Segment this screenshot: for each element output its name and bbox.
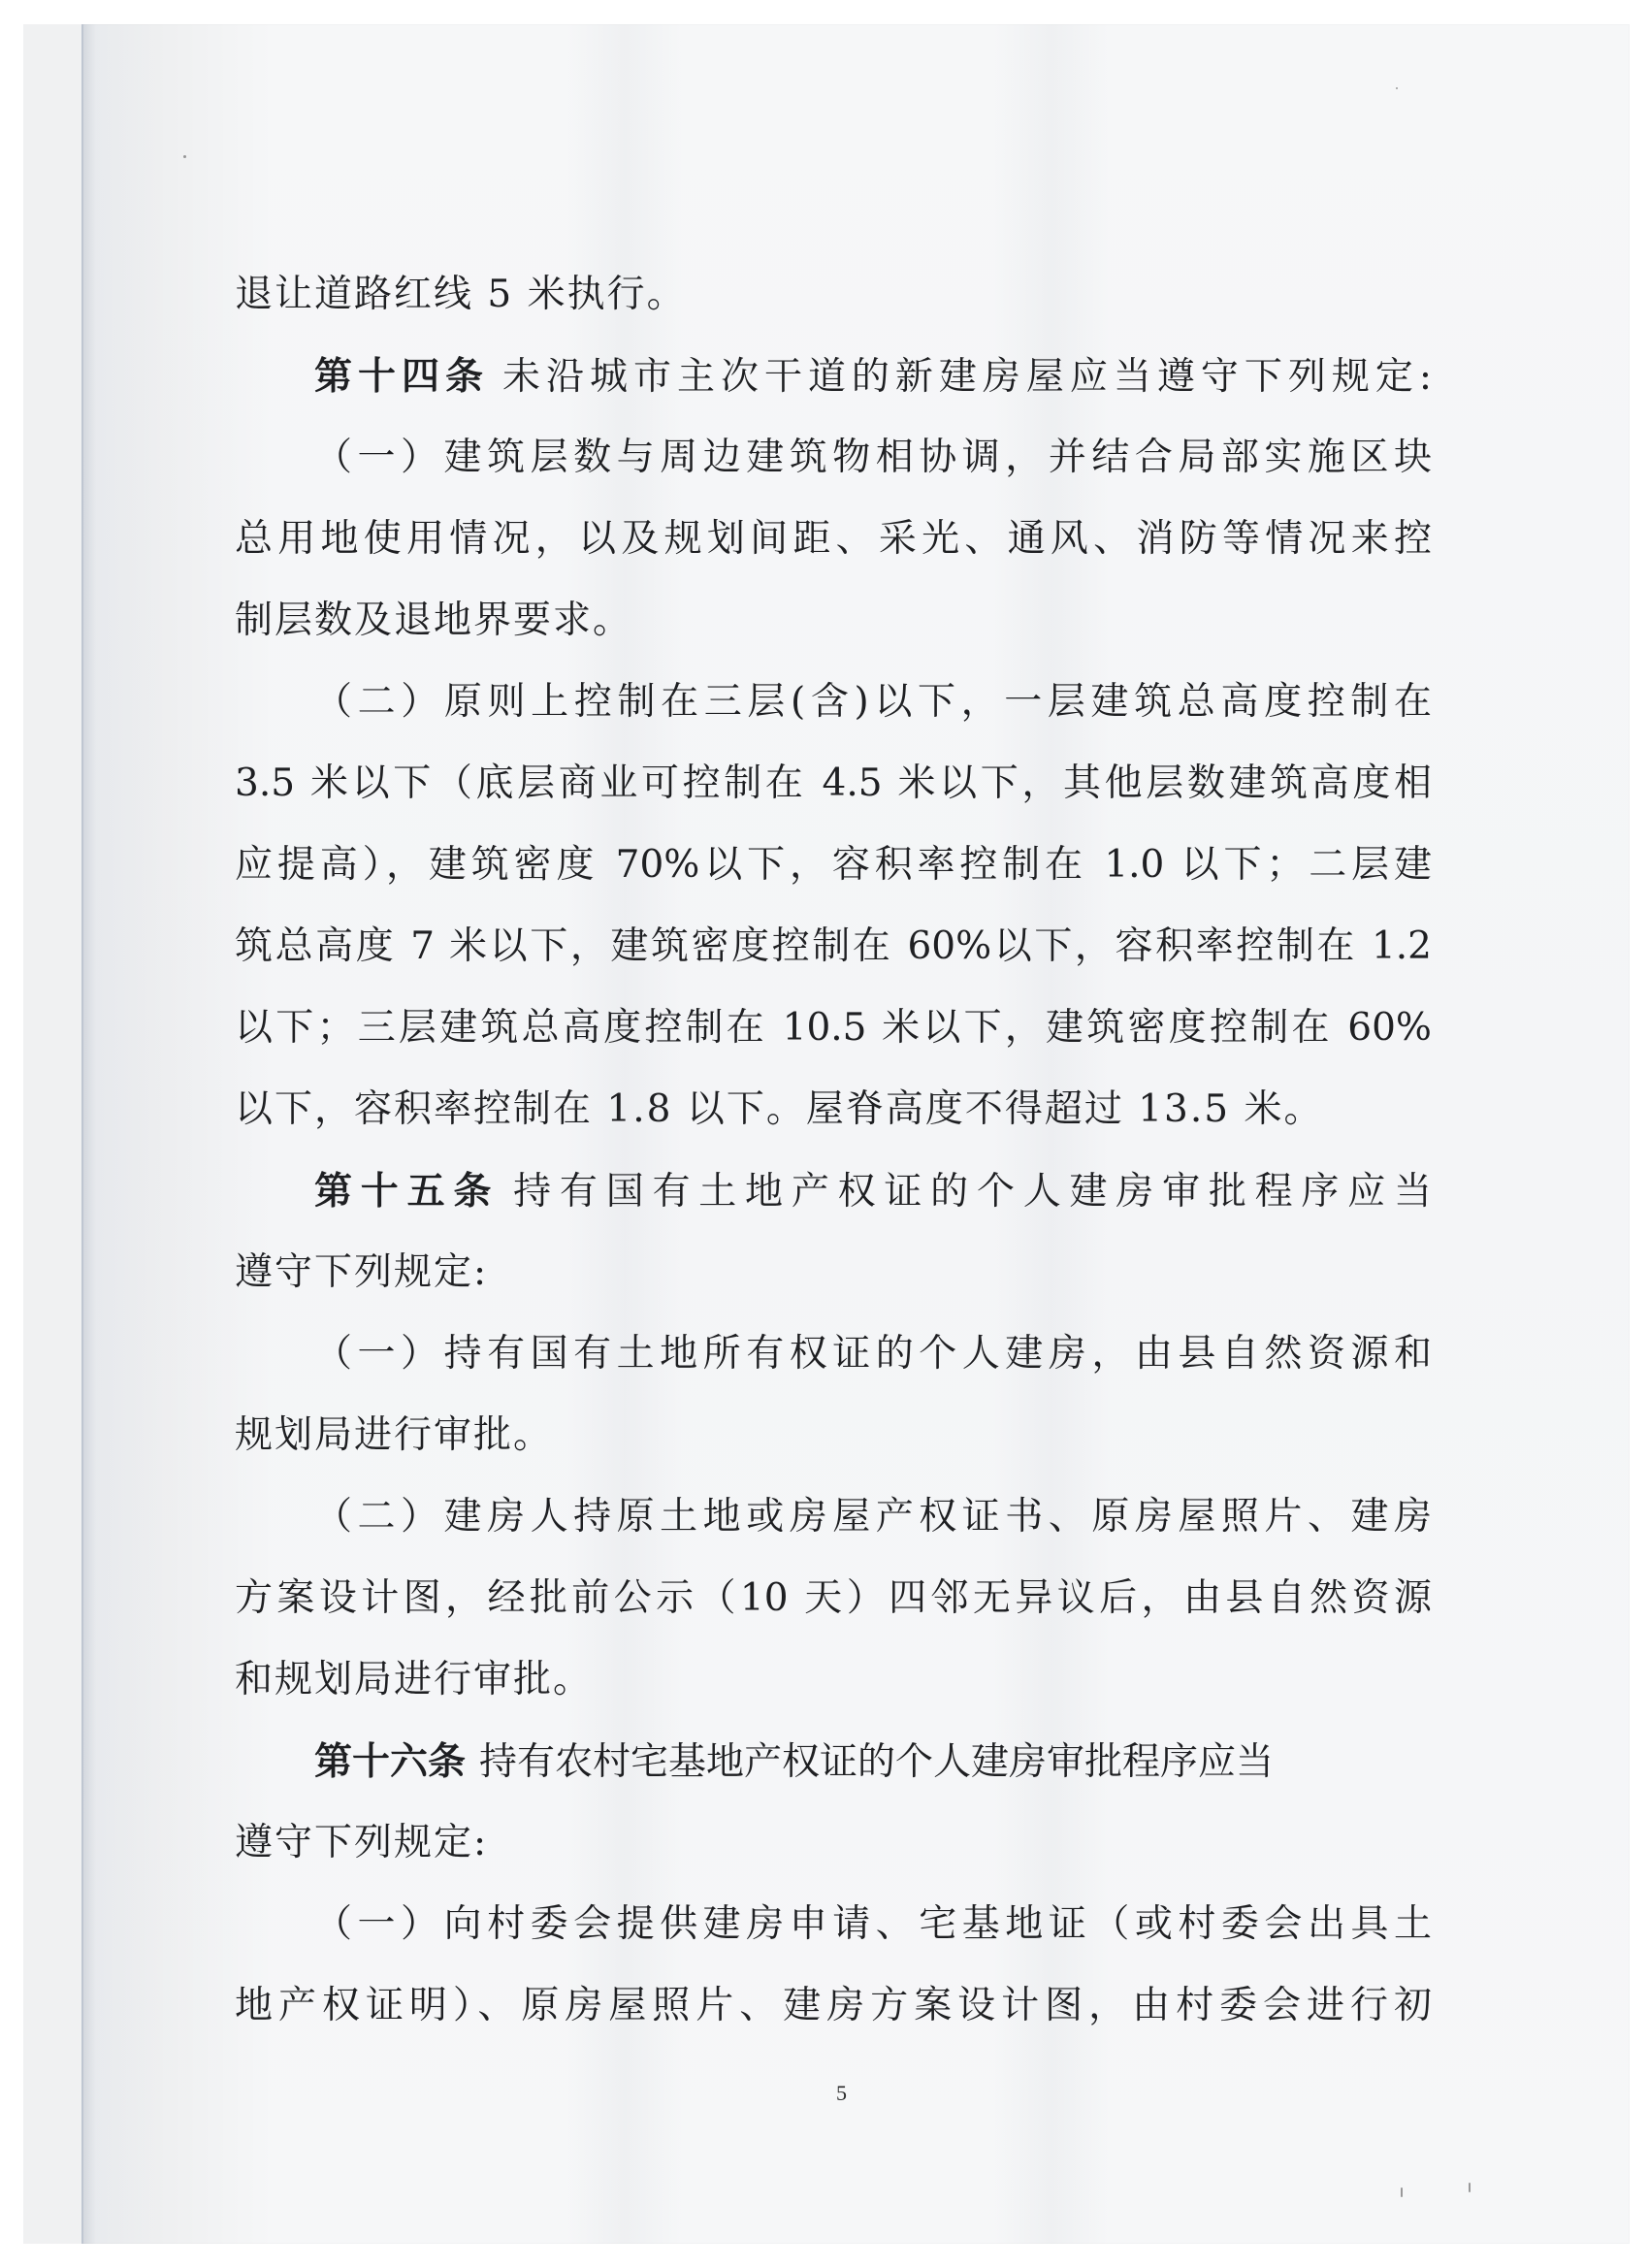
text-line: （一）向村委会提供建房申请、宅基地证（或村委会出具土 — [235, 1884, 1432, 1965]
page-number: 5 — [836, 2081, 847, 2106]
text-line: 以下，容积率控制在 1.8 以下。屋脊高度不得超过 13.5 米。 — [235, 1069, 1432, 1150]
text-line: （一）持有国有土地所有权证的个人建房，由县自然资源和 — [235, 1313, 1432, 1395]
document-body: 退让道路红线 5 米执行。第十四条未沿城市主次干道的新建房屋应当遵守下列规定:（… — [235, 254, 1432, 2047]
line-text: 应提高），建筑密度 70%以下，容积率控制在 1.0 以下；二层建 — [235, 843, 1432, 887]
line-text: （二）建房人持原土地或房屋产权证书、原房屋照片、建房 — [314, 1495, 1432, 1539]
article-line: 第十五条持有国有土地产权证的个人建房审批程序应当 — [235, 1150, 1432, 1232]
text-line: 遵守下列规定: — [235, 1802, 1432, 1884]
line-text: 遵守下列规定: — [235, 1821, 488, 1864]
line-text: 地产权证明）、原房屋照片、建房方案设计图，由村委会进行初 — [235, 1984, 1432, 2027]
scan-speck — [183, 155, 186, 158]
text-line: （一）建筑层数与周边建筑物相协调，并结合局部实施区块 — [235, 417, 1432, 499]
article-heading: 第十四条 — [314, 354, 489, 399]
line-text: 制层数及退地界要求。 — [235, 599, 632, 642]
text-line: 应提高），建筑密度 70%以下，容积率控制在 1.0 以下；二层建 — [235, 825, 1432, 906]
text-line: 退让道路红线 5 米执行。 — [235, 254, 1432, 336]
line-text: 3.5 米以下（底层商业可控制在 4.5 米以下，其他层数建筑高度相 — [235, 761, 1432, 805]
line-text: （二）原则上控制在三层(含)以下，一层建筑总高度控制在 — [314, 680, 1432, 724]
text-line: 筑总高度 7 米以下，建筑密度控制在 60%以下，容积率控制在 1.2 — [235, 906, 1432, 988]
line-text: 和规划局进行审批。 — [235, 1658, 593, 1701]
line-text: 以下，容积率控制在 1.8 以下。屋脊高度不得超过 13.5 米。 — [235, 1087, 1323, 1131]
binding-strip — [23, 24, 83, 2244]
line-text: 筑总高度 7 米以下，建筑密度控制在 60%以下，容积率控制在 1.2 — [235, 924, 1432, 968]
article-heading: 第十五条 — [314, 1169, 500, 1214]
line-text: 总用地使用情况，以及规划间距、采光、通风、消防等情况来控 — [235, 517, 1432, 561]
line-text: 退让道路红线 5 米执行。 — [235, 273, 687, 316]
line-text: 规划局进行审批。 — [235, 1413, 553, 1457]
scan-speck — [1469, 2183, 1471, 2192]
text-line: （二）原则上控制在三层(含)以下，一层建筑总高度控制在 — [235, 662, 1432, 743]
line-text: 遵守下列规定: — [235, 1250, 488, 1294]
text-line: 和规划局进行审批。 — [235, 1639, 1432, 1721]
line-text: 以下；三层建筑总高度控制在 10.5 米以下，建筑密度控制在 60% — [235, 1006, 1432, 1050]
line-text: （一）持有国有土地所有权证的个人建房，由县自然资源和 — [314, 1332, 1432, 1376]
line-text: 方案设计图，经批前公示（10 天）四邻无异议后，由县自然资源 — [235, 1576, 1432, 1620]
text-line: 总用地使用情况，以及规划间距、采光、通风、消防等情况来控 — [235, 499, 1432, 580]
line-text: 持有农村宅基地产权证的个人建房审批程序应当 — [479, 1740, 1274, 1784]
article-heading: 第十六条 — [314, 1739, 466, 1784]
line-text: 持有国有土地产权证的个人建房审批程序应当 — [513, 1170, 1432, 1214]
article-line: 第十四条未沿城市主次干道的新建房屋应当遵守下列规定: — [235, 336, 1432, 417]
text-line: （二）建房人持原土地或房屋产权证书、原房屋照片、建房 — [235, 1476, 1432, 1558]
scan-speck — [1401, 2187, 1403, 2197]
line-text: 未沿城市主次干道的新建房屋应当遵守下列规定: — [502, 355, 1432, 399]
article-line: 第十六条持有农村宅基地产权证的个人建房审批程序应当 — [235, 1721, 1432, 1802]
scan-speck — [1396, 87, 1398, 89]
text-line: 方案设计图，经批前公示（10 天）四邻无异议后，由县自然资源 — [235, 1558, 1432, 1639]
text-line: 制层数及退地界要求。 — [235, 580, 1432, 662]
text-line: 遵守下列规定: — [235, 1232, 1432, 1313]
text-line: 3.5 米以下（底层商业可控制在 4.5 米以下，其他层数建筑高度相 — [235, 743, 1432, 825]
line-text: （一）建筑层数与周边建筑物相协调，并结合局部实施区块 — [314, 436, 1432, 479]
text-line: 以下；三层建筑总高度控制在 10.5 米以下，建筑密度控制在 60% — [235, 988, 1432, 1069]
text-line: 规划局进行审批。 — [235, 1395, 1432, 1476]
line-text: （一）向村委会提供建房申请、宅基地证（或村委会出具土 — [314, 1902, 1432, 1946]
text-line: 地产权证明）、原房屋照片、建房方案设计图，由村委会进行初 — [235, 1965, 1432, 2047]
